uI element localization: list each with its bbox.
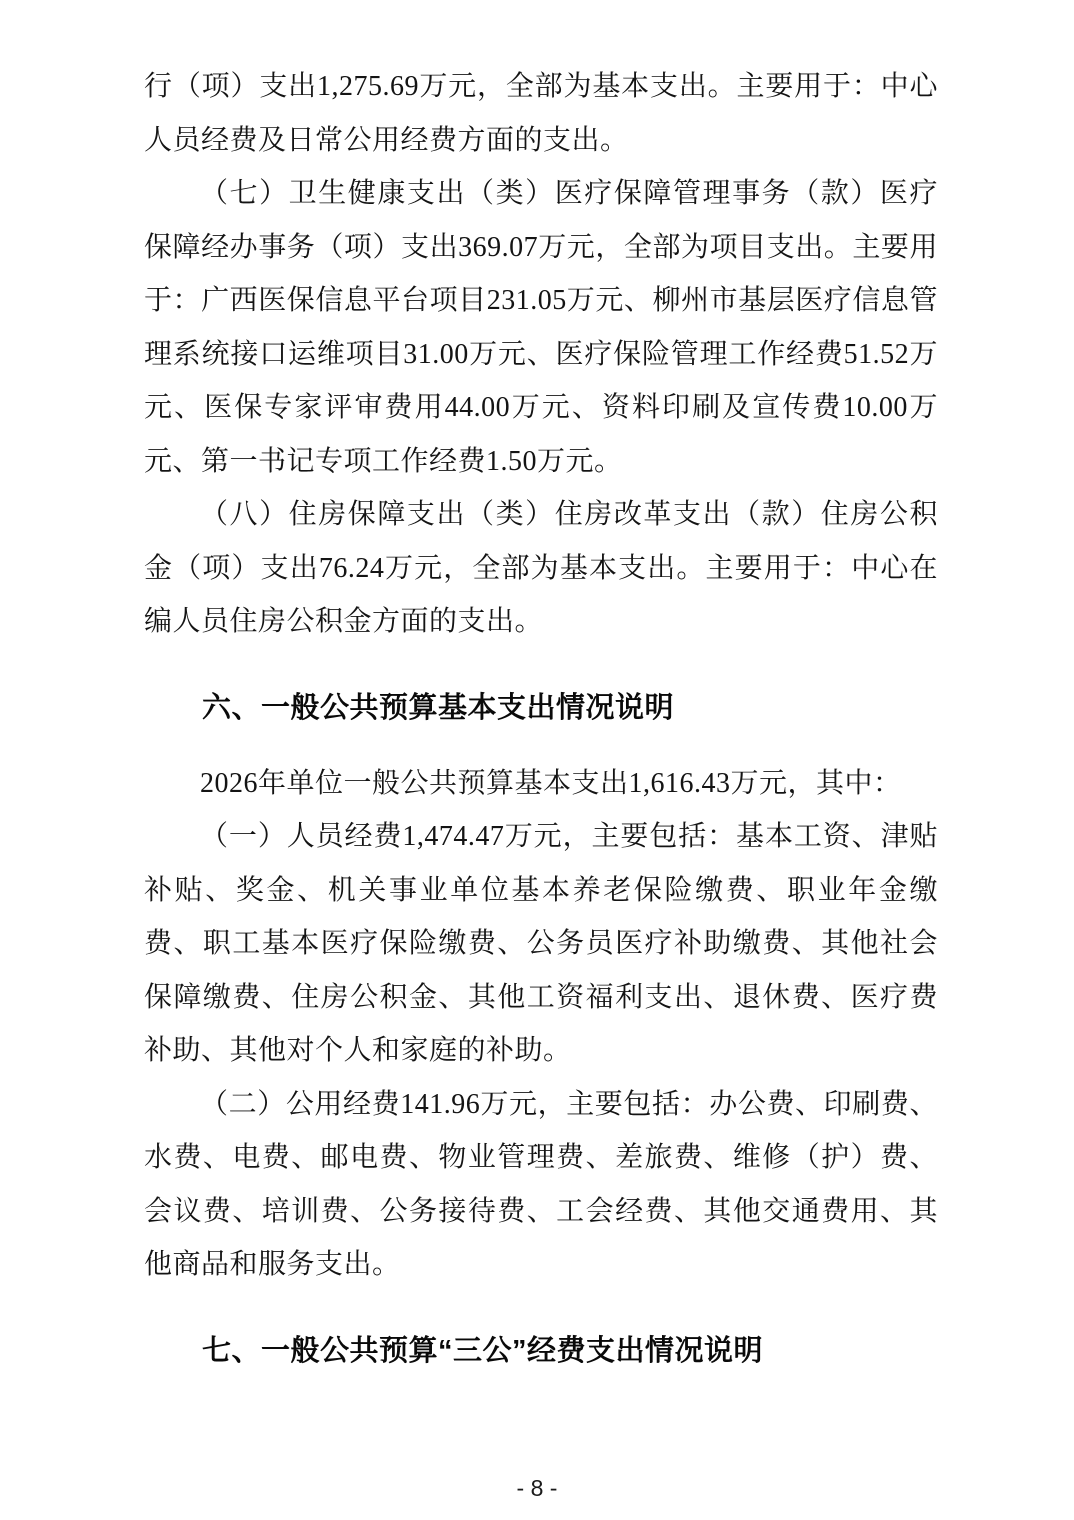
section-heading-6-basic-expenditure: 六、一般公共预算基本支出情况说明 <box>144 681 938 735</box>
paragraph-item-8-housing-expenditure: （八）住房保障支出（类）住房改革支出（款）住房公积金（项）支出76.24万元，全… <box>144 488 938 649</box>
paragraph-basic-expenditure-total: 2026年单位一般公共预算基本支出1,616.43万元，其中： <box>144 757 938 811</box>
document-page: 行（项）支出1,275.69万元，全部为基本支出。主要用于：中心人员经费及日常公… <box>0 0 1074 1520</box>
paragraph-personnel-funds: （一）人员经费1,474.47万元，主要包括：基本工资、津贴补贴、奖金、机关事业… <box>144 810 938 1078</box>
paragraph-public-funds: （二）公用经费141.96万元，主要包括：办公费、印刷费、水费、电费、邮电费、物… <box>144 1078 938 1292</box>
paragraph-item-7-health-expenditure: （七）卫生健康支出（类）医疗保障管理事务（款）医疗保障经办事务（项）支出369.… <box>144 167 938 488</box>
page-number: - 8 - <box>0 1475 1074 1502</box>
document-body: 行（项）支出1,275.69万元，全部为基本支出。主要用于：中心人员经费及日常公… <box>144 60 938 1400</box>
section-heading-7-three-public-funds: 七、一般公共预算“三公”经费支出情况说明 <box>144 1324 938 1378</box>
paragraph-carryover: 行（项）支出1,275.69万元，全部为基本支出。主要用于：中心人员经费及日常公… <box>144 60 938 167</box>
